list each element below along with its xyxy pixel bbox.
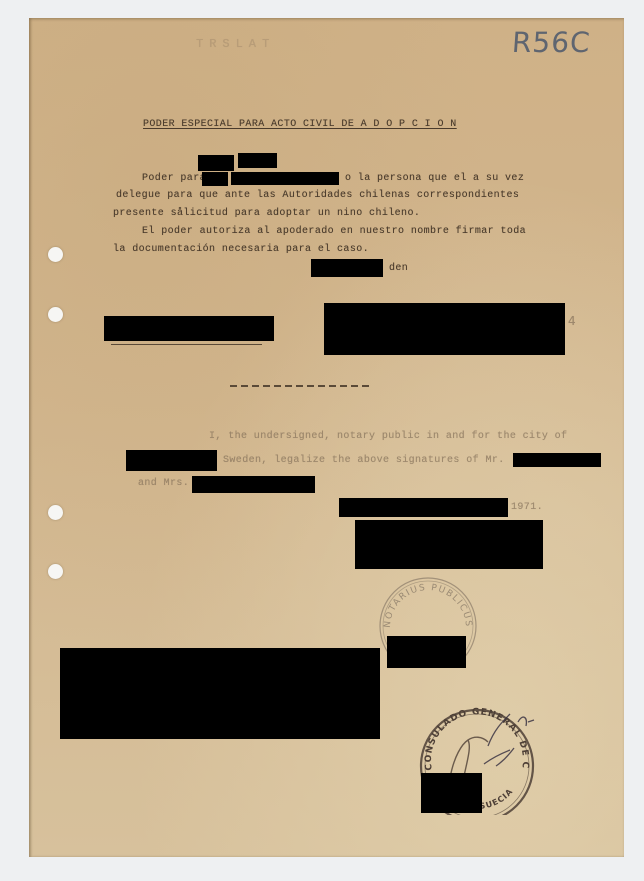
- redaction-signature: [104, 316, 274, 341]
- redaction-box: [198, 155, 234, 171]
- separator-line: [230, 385, 370, 387]
- body-line-1-prefix: Poder para: [142, 173, 206, 185]
- redaction-name-mr: [513, 453, 601, 467]
- notary-line-1: I, the undersigned, notary public in and…: [209, 431, 567, 443]
- place-date-suffix: den: [389, 263, 408, 275]
- redaction-notary-signature: [355, 520, 543, 569]
- body-line-4: El poder autoriza al apoderado en nuestr…: [142, 226, 526, 238]
- svg-text:SUECIA: SUECIA: [479, 787, 515, 811]
- punch-hole: [48, 564, 63, 579]
- margin-mark: 4: [568, 315, 576, 327]
- redaction-consulate-id: [421, 773, 482, 813]
- redaction-place-date: [311, 259, 383, 277]
- body-line-5: la documentación necesaria para el caso.: [113, 244, 369, 256]
- redaction-name-mrs: [192, 476, 315, 493]
- redaction-block: [60, 648, 380, 739]
- punch-hole: [48, 247, 63, 262]
- redaction-notary-name: [387, 636, 466, 668]
- consulate-seal-text: CONSULADO GENERAL DE CHILE: [410, 700, 530, 771]
- consulate-seal-bottom: SUECIA: [479, 787, 515, 811]
- handwritten-reference: R56C: [511, 26, 592, 59]
- body-line-2: delegue para que ante las Autoridades ch…: [116, 190, 519, 202]
- redaction-city: [126, 450, 217, 471]
- redaction-box: [238, 153, 277, 168]
- letterhead-ghost-text: TRSLAT: [196, 38, 275, 50]
- svg-text:CONSULADO GENERAL DE CHILE: CONSULADO GENERAL DE CHILE: [410, 700, 530, 771]
- redaction-signature: [324, 303, 565, 355]
- notary-date-suffix: 1971.: [511, 502, 543, 514]
- body-line-3: presente sålicitud para adoptar un nino …: [113, 208, 420, 220]
- notary-line-2: Sweden, legalize the above signatures of…: [223, 455, 505, 467]
- notary-line-3-prefix: and Mrs.: [138, 478, 189, 490]
- body-line-1-suffix: o la persona que el a su vez: [345, 173, 524, 185]
- signature-line: [111, 344, 262, 345]
- redaction-date: [339, 498, 508, 517]
- punch-hole: [48, 307, 63, 322]
- document-title: PODER ESPECIAL PARA ACTO CIVIL DE A D O …: [143, 119, 457, 131]
- redaction-box: [231, 172, 339, 185]
- redaction-box: [202, 172, 228, 186]
- punch-hole: [48, 505, 63, 520]
